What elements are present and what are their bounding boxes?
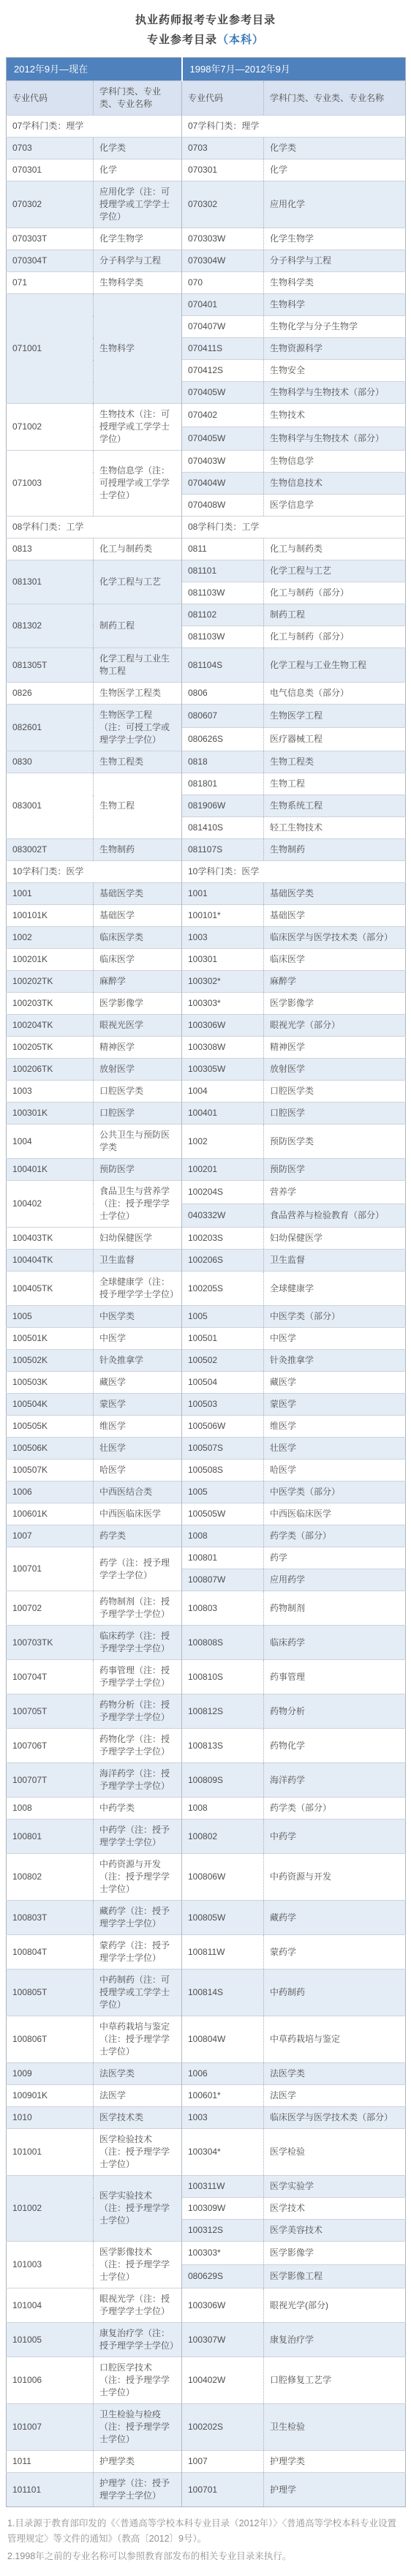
right-code-cell: 0703: [182, 138, 264, 159]
right-code-cell: 100101*: [182, 905, 264, 927]
right-name-cell: 口腔医学: [264, 1103, 406, 1124]
left-code-cell: 0826: [7, 683, 94, 705]
left-name-cell: 基础医学: [94, 905, 182, 927]
table-row: 100206TK放射医学100305W放射医学: [7, 1059, 406, 1081]
right-name-cell: 维医学: [264, 1416, 406, 1438]
left-name-cell: 中西医临床医学: [94, 1503, 182, 1525]
right-code-cell: 070404W: [182, 473, 264, 495]
left-code-cell: 1005: [7, 1306, 94, 1328]
table-row: 100707T海洋药学（注：授予理学学士学位）100809S海洋药学: [7, 1763, 406, 1798]
right-name-cell: 藏医学: [264, 1372, 406, 1394]
right-code-cell: 070407W: [182, 316, 264, 338]
right-code-cell: 100502: [182, 1350, 264, 1372]
right-name-cell: 应用药学: [264, 1569, 406, 1591]
left-name-cell: 化学工程与工业生物工程: [94, 648, 182, 683]
section-row: 10学科门类：医学10学科门类：医学: [7, 861, 406, 883]
left-code-cell: 101004: [7, 2288, 94, 2323]
table-row: 083001生物工程081801生物工程: [7, 773, 406, 795]
right-code-cell: 081410S: [182, 817, 264, 839]
left-name-cell: 化工与制药类: [94, 538, 182, 560]
page-subtitle: 专业参考目录（本科）: [0, 31, 411, 47]
left-code-cell: 100203TK: [7, 993, 94, 1015]
right-code-cell: 100806W: [182, 1854, 264, 1901]
right-code-cell: 100302*: [182, 971, 264, 993]
right-code-cell: 070: [182, 272, 264, 294]
left-name-cell: 法医学: [94, 2085, 182, 2107]
left-code-cell: 100403TK: [7, 1228, 94, 1250]
right-code-cell: 1006: [182, 2063, 264, 2085]
table-row: 100404TK卫生监督100206S卫生监督: [7, 1250, 406, 1272]
right-name-cell: 中西医临床医学: [264, 1503, 406, 1525]
right-name-cell: 医学实验学: [264, 2176, 406, 2198]
table-row: 070303T化学生物学070303W化学生物学: [7, 228, 406, 250]
left-code-cell: 070303T: [7, 228, 94, 250]
left-code-cell: 100301K: [7, 1103, 94, 1124]
left-name-cell: 妇幼保健医学: [94, 1228, 182, 1250]
left-name-cell: 化学生物学: [94, 228, 182, 250]
right-code-cell: 080607: [182, 705, 264, 728]
right-name-cell: 生物系统工程: [264, 795, 406, 817]
right-name-cell: 康复治疗学: [264, 2323, 406, 2357]
right-name-cell: 临床医学与医学技术类（部分）: [264, 927, 406, 949]
table-row: 100804T蒙药学（注：授予理学学士学位）100811W蒙药学: [7, 1935, 406, 1969]
right-name-cell: 中药资源与开发: [264, 1854, 406, 1901]
right-code-cell: 070303W: [182, 228, 264, 250]
left-name-cell: 临床药学（注：授予理学学士学位）: [94, 1626, 182, 1660]
left-code-cell: 100204TK: [7, 1015, 94, 1037]
right-code-cell: 100402W: [182, 2357, 264, 2404]
left-code-cell: 071001: [7, 294, 94, 404]
right-code-cell: 100304*: [182, 2129, 264, 2176]
right-code-cell: 081107S: [182, 839, 264, 861]
right-code-cell: 1003: [182, 927, 264, 949]
right-code-cell: 100303*: [182, 993, 264, 1015]
col-header-name-left: 学科门类、专业类、专业名称: [94, 81, 182, 116]
right-code-cell: 070412S: [182, 360, 264, 382]
left-code-cell: 1003: [7, 1081, 94, 1103]
table-row: 100506K壮医学100507S壮医学: [7, 1438, 406, 1460]
table-row: 100702药物制剂（注：授予理学学士学位）100803药物制剂: [7, 1591, 406, 1626]
left-code-cell: 100503K: [7, 1372, 94, 1394]
right-name-cell: 海洋药学: [264, 1763, 406, 1798]
table-row: 071生物科学类070生物科学类: [7, 272, 406, 294]
table-row: 100203TK医学影像学100303*医学影像学: [7, 993, 406, 1015]
left-code-cell: 0813: [7, 538, 94, 560]
left-name-cell: 精神医学: [94, 1037, 182, 1059]
left-code-cell: 070301: [7, 159, 94, 181]
right-code-cell: 100506W: [182, 1416, 264, 1438]
left-name-cell: 中药学类: [94, 1798, 182, 1820]
right-name-cell: 医疗器械工程: [264, 728, 406, 751]
left-name-cell: 生物科学: [94, 294, 182, 404]
footnote-2: 2.1998年之前的专业名称可以参照教育部发布的相关专业目录来执行。: [7, 2549, 404, 2564]
table-row: 100802中药资源与开发（注：授予理学学士学位）100806W中药资源与开发: [7, 1854, 406, 1901]
right-code-cell: 100810S: [182, 1660, 264, 1694]
article-page: 执业药师报考专业参考目录 专业参考目录（本科） 2012年9月—现在 1998年…: [0, 0, 411, 2576]
table-row: 100901K法医学100601*法医学: [7, 2085, 406, 2107]
right-name-cell: 制药工程: [264, 604, 406, 626]
left-name-cell: 药物化学（注：授予理学学士学位）: [94, 1729, 182, 1763]
right-name-cell: 生物制药: [264, 839, 406, 861]
table-row: 100405TK全球健康学（注：授予理学学士学位）100205S全球健康学: [7, 1272, 406, 1306]
left-code-cell: 1006: [7, 1482, 94, 1503]
right-code-cell: 070403W: [182, 451, 264, 473]
right-name-cell: 藏药学: [264, 1901, 406, 1935]
right-name-cell: 分子科学与工程: [264, 250, 406, 272]
left-name-cell: 应用化学（注：可授理学或工学学士学位）: [94, 181, 182, 228]
left-name-cell: 药事管理（注：授予理学学士学位）: [94, 1660, 182, 1694]
right-code-cell: 070304W: [182, 250, 264, 272]
right-name-cell: 眼视光学(部分): [264, 2288, 406, 2323]
table-row: 071001生物科学070401生物科学: [7, 294, 406, 316]
right-name-cell: 口腔医学类: [264, 1081, 406, 1103]
right-code-cell: 100504: [182, 1372, 264, 1394]
right-code-cell: 100206S: [182, 1250, 264, 1272]
column-header-row: 专业代码 学科门类、专业类、专业名称 专业代码 学科门类、专业类、专业名称: [7, 81, 406, 116]
right-code-cell: 100201: [182, 1159, 264, 1181]
right-name-cell: 生物资源科学: [264, 338, 406, 360]
right-name-cell: 口腔修复工艺学: [264, 2357, 406, 2404]
right-code-cell: 100807W: [182, 1569, 264, 1591]
table-row: 1004公共卫生与预防医学类1002预防医学类: [7, 1124, 406, 1159]
right-name-cell: 化学工程与工艺: [264, 560, 406, 582]
section-row: 07学科门类：理学07学科门类：理学: [7, 116, 406, 138]
left-code-cell: 100707T: [7, 1763, 94, 1798]
col-header-name-right: 学科门类、专业类、专业名称: [264, 81, 406, 116]
right-name-cell: 营养学: [264, 1181, 406, 1204]
right-code-cell: 100803: [182, 1591, 264, 1626]
right-name-cell: 临床药学: [264, 1626, 406, 1660]
right-name-cell: 全球健康学: [264, 1272, 406, 1306]
right-code-cell: 100307W: [182, 2323, 264, 2357]
right-code-cell: 100204S: [182, 1181, 264, 1204]
left-code-cell: 101005: [7, 2323, 94, 2357]
left-name-cell: 中药资源与开发（注：授予理学学士学位）: [94, 1854, 182, 1901]
left-code-cell: 100501K: [7, 1328, 94, 1350]
table-row: 100301K口腔医学100401口腔医学: [7, 1103, 406, 1124]
right-name-cell: 壮医学: [264, 1438, 406, 1460]
left-name-cell: 医学影像技术（注：授予理学学士学位）: [94, 2242, 182, 2288]
left-code-cell: 083002T: [7, 839, 94, 861]
period-header-row: 2012年9月—现在 1998年7月—2012年9月: [7, 58, 406, 81]
left-name-cell: 康复治疗学（注：授予理学学士学位）: [94, 2323, 182, 2357]
left-code-cell: 1009: [7, 2063, 94, 2085]
right-name-cell: 蒙医学: [264, 1394, 406, 1416]
table-row: 101006口腔医学技术（注：授予理学学士学位）100402W口腔修复工艺学: [7, 2357, 406, 2404]
left-code-cell: 1008: [7, 1798, 94, 1820]
left-code-cell: 100401K: [7, 1159, 94, 1181]
left-name-cell: 蒙医学: [94, 1394, 182, 1416]
left-name-cell: 生物制药: [94, 839, 182, 861]
right-code-cell: 100306W: [182, 1015, 264, 1037]
right-name-cell: 中医学: [264, 1328, 406, 1350]
right-code-cell: 081906W: [182, 795, 264, 817]
table-row: 1008中药学类1008药学类（部分）: [7, 1798, 406, 1820]
left-code-cell: 070302: [7, 181, 94, 228]
left-name-cell: 全球健康学（注：授予理学学士学位）: [94, 1272, 182, 1306]
left-name-cell: 生物技术（注：可授理学或工学学士学位）: [94, 404, 182, 451]
table-row: 081301化学工程与工艺081101化学工程与工艺: [7, 560, 406, 582]
right-name-cell: 放射医学: [264, 1059, 406, 1081]
right-name-cell: 针灸推拿学: [264, 1350, 406, 1372]
right-name-cell: 轻工生物技术: [264, 817, 406, 839]
left-name-cell: 维医学: [94, 1416, 182, 1438]
right-name-cell: 生物医学工程: [264, 705, 406, 728]
left-name-cell: 护理学（注：授予理学学士学位）: [94, 2473, 182, 2507]
right-code-cell: 100205S: [182, 1272, 264, 1306]
left-code-cell: 100101K: [7, 905, 94, 927]
section-cell-left: 10学科门类：医学: [7, 861, 182, 883]
majors-table: 2012年9月—现在 1998年7月—2012年9月 专业代码 学科门类、专业类…: [6, 57, 406, 2507]
left-code-cell: 100402: [7, 1181, 94, 1228]
right-code-cell: 100801: [182, 1547, 264, 1569]
left-code-cell: 1007: [7, 1525, 94, 1547]
right-name-cell: 护理学类: [264, 2451, 406, 2473]
right-name-cell: 化工与制药（部分）: [264, 582, 406, 604]
left-name-cell: 中草药栽培与鉴定（注：授予理学学士学位）: [94, 2016, 182, 2063]
left-name-cell: 生物医学工程（注：可授工学或理学学士学位）: [94, 705, 182, 751]
right-code-cell: 100202S: [182, 2404, 264, 2451]
left-name-cell: 针灸推拿学: [94, 1350, 182, 1372]
table-row: 100705T药物分析（注：授予理学学士学位）100812S药物分析: [7, 1694, 406, 1729]
left-code-cell: 071: [7, 272, 94, 294]
left-code-cell: 100704T: [7, 1660, 94, 1694]
right-name-cell: 法医学: [264, 2085, 406, 2107]
right-name-cell: 药事管理: [264, 1660, 406, 1694]
left-name-cell: 生物科学类: [94, 272, 182, 294]
table-row: 0703化学类0703化学类: [7, 138, 406, 159]
left-code-cell: 100205TK: [7, 1037, 94, 1059]
table-row: 100703TK临床药学（注：授予理学学士学位）100808S临床药学: [7, 1626, 406, 1660]
right-name-cell: 预防医学类: [264, 1124, 406, 1159]
table-row: 0826生物医学工程类0806电气信息类（部分）: [7, 683, 406, 705]
right-code-cell: 1008: [182, 1525, 264, 1547]
right-code-cell: 100503: [182, 1394, 264, 1416]
table-row: 100204TK眼视光医学100306W眼视光学（部分）: [7, 1015, 406, 1037]
right-code-cell: 100501: [182, 1328, 264, 1350]
right-code-cell: 100308W: [182, 1037, 264, 1059]
right-name-cell: 医学检验: [264, 2129, 406, 2176]
table-row: 101001医学检验技术（注：授予理学学士学位）100304*医学检验: [7, 2129, 406, 2176]
right-code-cell: 080626S: [182, 728, 264, 751]
left-name-cell: 麻醉学: [94, 971, 182, 993]
left-code-cell: 071002: [7, 404, 94, 451]
right-name-cell: 医学信息学: [264, 495, 406, 517]
right-name-cell: 中药学: [264, 1820, 406, 1854]
right-name-cell: 生物科学与生物技术（部分）: [264, 382, 406, 404]
right-name-cell: 生物安全: [264, 360, 406, 382]
table-row: 100501K中医学100501中医学: [7, 1328, 406, 1350]
table-row: 0830生物工程类0818生物工程类: [7, 751, 406, 773]
right-name-cell: 临床医学: [264, 949, 406, 971]
right-code-cell: 100811W: [182, 1935, 264, 1969]
col-header-code-right: 专业代码: [182, 81, 264, 116]
table-row: 101002医学实验技术（注：授予理学学士学位）100311W医学实验学: [7, 2176, 406, 2198]
left-code-cell: 1004: [7, 1124, 94, 1159]
left-name-cell: 眼视光医学: [94, 1015, 182, 1037]
right-name-cell: 药物分析: [264, 1694, 406, 1729]
left-code-cell: 100505K: [7, 1416, 94, 1438]
table-row: 100801中药学（注：授予理学学士学位）100802中药学: [7, 1820, 406, 1854]
right-code-cell: 1007: [182, 2451, 264, 2473]
left-name-cell: 法医学类: [94, 2063, 182, 2085]
right-code-cell: 100802: [182, 1820, 264, 1854]
right-name-cell: 化学工程与工业生物工程: [264, 648, 406, 683]
left-name-cell: 药物分析（注：授予理学学士学位）: [94, 1694, 182, 1729]
left-name-cell: 中西医结合类: [94, 1482, 182, 1503]
right-code-cell: 100701: [182, 2473, 264, 2507]
left-code-cell: 101002: [7, 2176, 94, 2242]
left-code-cell: 1002: [7, 927, 94, 949]
right-name-cell: 药物化学: [264, 1729, 406, 1763]
table-row: 100205TK精神医学100308W精神医学: [7, 1037, 406, 1059]
left-code-cell: 100201K: [7, 949, 94, 971]
left-name-cell: 药学类: [94, 1525, 182, 1547]
right-code-cell: 100507S: [182, 1438, 264, 1460]
table-row: 100401K预防医学100201预防医学: [7, 1159, 406, 1181]
left-code-cell: 101006: [7, 2357, 94, 2404]
footnotes: 1.目录源于教育部印发的《〈普通高等学校本科专业目录（2012年）〉〈普通高等学…: [7, 2516, 404, 2564]
right-name-cell: 化学生物学: [264, 228, 406, 250]
left-name-cell: 中药学（注：授予理学学士学位）: [94, 1820, 182, 1854]
table-row: 070304T分子科学与工程070304W分子科学与工程: [7, 250, 406, 272]
table-row: 1002临床医学类1003临床医学与医学技术类（部分）: [7, 927, 406, 949]
right-code-cell: 100505W: [182, 1503, 264, 1525]
right-code-cell: 100809S: [182, 1763, 264, 1798]
right-code-cell: 070411S: [182, 338, 264, 360]
right-name-cell: 化工与制药类: [264, 538, 406, 560]
right-name-cell: 生物工程: [264, 773, 406, 795]
left-code-cell: 100705T: [7, 1694, 94, 1729]
left-name-cell: 口腔医学: [94, 1103, 182, 1124]
right-code-cell: 040332W: [182, 1204, 264, 1228]
table-row: 1011护理学类1007护理学类: [7, 2451, 406, 2473]
right-code-cell: 081101: [182, 560, 264, 582]
left-code-cell: 1010: [7, 2107, 94, 2129]
right-code-cell: 100301: [182, 949, 264, 971]
right-name-cell: 麻醉学: [264, 971, 406, 993]
right-name-cell: 医学影像工程: [264, 2265, 406, 2288]
right-code-cell: 100312S: [182, 2220, 264, 2242]
right-code-cell: 070408W: [182, 495, 264, 517]
left-name-cell: 生物工程类: [94, 751, 182, 773]
left-code-cell: 101003: [7, 2242, 94, 2288]
right-code-cell: 0806: [182, 683, 264, 705]
right-code-cell: 070402: [182, 404, 264, 427]
right-name-cell: 妇幼保健医学: [264, 1228, 406, 1250]
left-name-cell: 公共卫生与预防医学类: [94, 1124, 182, 1159]
right-name-cell: 医学影像学: [264, 993, 406, 1015]
right-name-cell: 医学影像学: [264, 2242, 406, 2265]
left-name-cell: 化学类: [94, 138, 182, 159]
table-row: 100704T药事管理（注：授予理学学士学位）100810S药事管理: [7, 1660, 406, 1694]
right-code-cell: 100311W: [182, 2176, 264, 2198]
section-cell-left: 07学科门类：理学: [7, 116, 182, 138]
table-row: 100503K藏医学100504藏医学: [7, 1372, 406, 1394]
left-name-cell: 护理学类: [94, 2451, 182, 2473]
left-name-cell: 藏药学（注：授予理学学士学位）: [94, 1901, 182, 1935]
left-code-cell: 100706T: [7, 1729, 94, 1763]
table-row: 100601K中西医临床医学100505W中西医临床医学: [7, 1503, 406, 1525]
left-name-cell: 中医学类: [94, 1306, 182, 1328]
right-name-cell: 生物化学与分子生物学: [264, 316, 406, 338]
left-code-cell: 1001: [7, 883, 94, 905]
right-name-cell: 基础医学类: [264, 883, 406, 905]
left-name-cell: 食品卫生与营养学（注：授予理学学士学位）: [94, 1181, 182, 1228]
right-code-cell: 081104S: [182, 648, 264, 683]
left-code-cell: 081302: [7, 604, 94, 648]
right-name-cell: 电气信息类（部分）: [264, 683, 406, 705]
left-code-cell: 100202TK: [7, 971, 94, 993]
right-code-cell: 100812S: [182, 1694, 264, 1729]
left-code-cell: 081301: [7, 560, 94, 604]
left-code-cell: 101007: [7, 2404, 94, 2451]
right-name-cell: 生物信息学: [264, 451, 406, 473]
section-cell-left: 08学科门类：工学: [7, 517, 182, 538]
right-name-cell: 法医学类: [264, 2063, 406, 2085]
right-code-cell: 080629S: [182, 2265, 264, 2288]
table-row: 071003生物信息学（注：可授理学或工学学士学位）070403W生物信息学: [7, 451, 406, 473]
right-name-cell: 预防医学: [264, 1159, 406, 1181]
right-name-cell: 药学类（部分）: [264, 1525, 406, 1547]
right-code-cell: 100305W: [182, 1059, 264, 1081]
left-name-cell: 临床医学类: [94, 927, 182, 949]
left-name-cell: 医学实验技术（注：授予理学学士学位）: [94, 2176, 182, 2242]
left-name-cell: 分子科学与工程: [94, 250, 182, 272]
left-code-cell: 081305T: [7, 648, 94, 683]
right-code-cell: 100203S: [182, 1228, 264, 1250]
right-code-cell: 070301: [182, 159, 264, 181]
left-name-cell: 卫生监督: [94, 1250, 182, 1272]
table-row: 100701药学（注：授予理学学士学位）100801药学: [7, 1547, 406, 1569]
table-row: 100201K临床医学100301临床医学: [7, 949, 406, 971]
left-code-cell: 100901K: [7, 2085, 94, 2107]
right-name-cell: 生物技术: [264, 404, 406, 427]
left-name-cell: 化学工程与工艺: [94, 560, 182, 604]
left-name-cell: 中医学: [94, 1328, 182, 1350]
right-name-cell: 眼视光学（部分）: [264, 1015, 406, 1037]
left-name-cell: 眼视光学（注：授予理学学士学位）: [94, 2288, 182, 2323]
right-name-cell: 生物工程类: [264, 751, 406, 773]
right-name-cell: 食品营养与检验教育（部分）: [264, 1204, 406, 1228]
left-code-cell: 100206TK: [7, 1059, 94, 1081]
right-code-cell: 0811: [182, 538, 264, 560]
right-code-cell: 100309W: [182, 2198, 264, 2220]
left-name-cell: 卫生检验与检疫（注：授予理学学士学位）: [94, 2404, 182, 2451]
table-row: 1005中医学类1005中医学类（部分）: [7, 1306, 406, 1328]
table-body: 07学科门类：理学07学科门类：理学0703化学类0703化学类070301化学…: [7, 116, 406, 2507]
right-code-cell: 100805W: [182, 1901, 264, 1935]
table-row: 100505K维医学100506W维医学: [7, 1416, 406, 1438]
left-name-cell: 哈医学: [94, 1460, 182, 1482]
section-cell-right: 10学科门类：医学: [182, 861, 406, 883]
table-row: 101101护理学（注：授予理学学士学位）100701护理学: [7, 2473, 406, 2507]
left-name-cell: 生物医学工程类: [94, 683, 182, 705]
table-row: 1009法医学类1006法医学类: [7, 2063, 406, 2085]
left-code-cell: 0703: [7, 138, 94, 159]
left-code-cell: 100701: [7, 1547, 94, 1591]
left-code-cell: 100507K: [7, 1460, 94, 1482]
period-right-header: 1998年7月—2012年9月: [182, 58, 406, 81]
left-code-cell: 100601K: [7, 1503, 94, 1525]
right-code-cell: 0818: [182, 751, 264, 773]
right-name-cell: 蒙药学: [264, 1935, 406, 1969]
left-code-cell: 100702: [7, 1591, 94, 1626]
right-code-cell: 1003: [182, 2107, 264, 2129]
right-code-cell: 070405W: [182, 427, 264, 451]
right-name-cell: 化学: [264, 159, 406, 181]
left-name-cell: 药物制剂（注：授予理学学士学位）: [94, 1591, 182, 1626]
